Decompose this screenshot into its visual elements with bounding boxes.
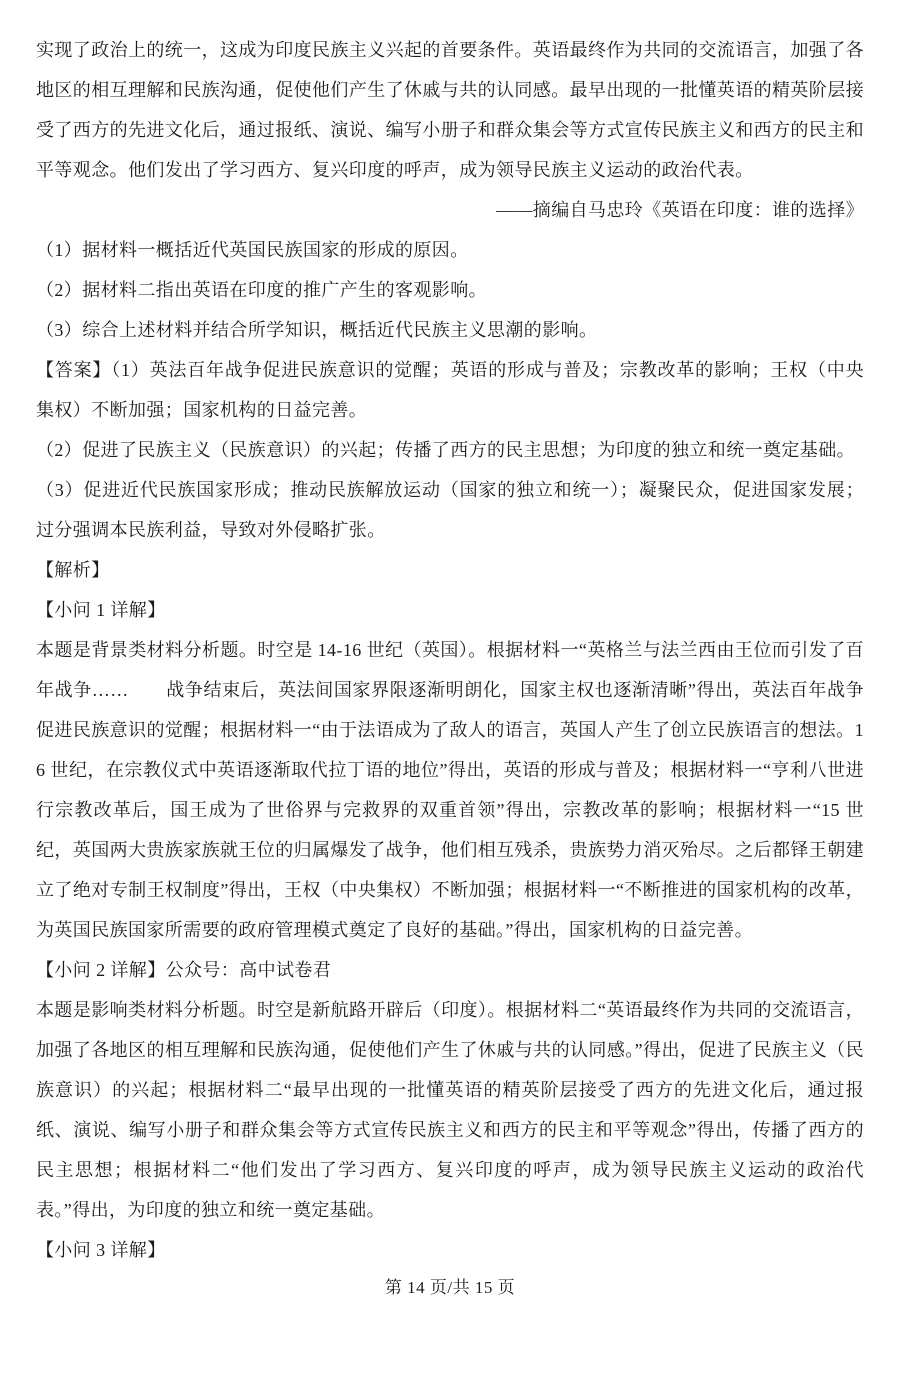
analysis-paragraph-2: 本题是影响类材料分析题。时空是新航路开辟后（印度）。根据材料二“英语最终作为共同… xyxy=(36,990,864,1230)
question-3: （3）综合上述材料并结合所学知识，概括近代民族主义思潮的影响。 xyxy=(36,310,864,350)
document-content: 实现了政治上的统一，这成为印度民族主义兴起的首要条件。英语最终作为共同的交流语言… xyxy=(36,30,864,1270)
subquestion-2-heading: 【小问 2 详解】公众号：高中试卷君 xyxy=(36,950,864,990)
answer-part-1: 【答案】（1）英法百年战争促进民族意识的觉醒；英语的形成与普及；宗教改革的影响；… xyxy=(36,350,864,430)
subquestion-3-heading: 【小问 3 详解】 xyxy=(36,1230,864,1270)
page-footer: 第 14 页/共 15 页 xyxy=(0,1276,900,1300)
question-1: （1）据材料一概括近代英国民族国家的形成的原因。 xyxy=(36,230,864,270)
question-2: （2）据材料二指出英语在印度的推广产生的客观影响。 xyxy=(36,270,864,310)
answer-part-3: （3）促进近代民族国家形成；推动民族解放运动（国家的独立和统一）；凝聚民众，促进… xyxy=(36,470,864,550)
analysis-heading: 【解析】 xyxy=(36,550,864,590)
material-two-paragraph: 实现了政治上的统一，这成为印度民族主义兴起的首要条件。英语最终作为共同的交流语言… xyxy=(36,30,864,190)
analysis-paragraph-1: 本题是背景类材料分析题。时空是 14-16 世纪（英国）。根据材料一“英格兰与法… xyxy=(36,630,864,950)
answer-part-2: （2）促进了民族主义（民族意识）的兴起；传播了西方的民主思想；为印度的独立和统一… xyxy=(36,430,864,470)
source-attribution: ——摘编自马忠玲《英语在印度：谁的选择》 xyxy=(36,190,864,230)
subquestion-1-heading: 【小问 1 详解】 xyxy=(36,590,864,630)
document-page: 实现了政治上的统一，这成为印度民族主义兴起的首要条件。英语最终作为共同的交流语言… xyxy=(0,0,900,1376)
